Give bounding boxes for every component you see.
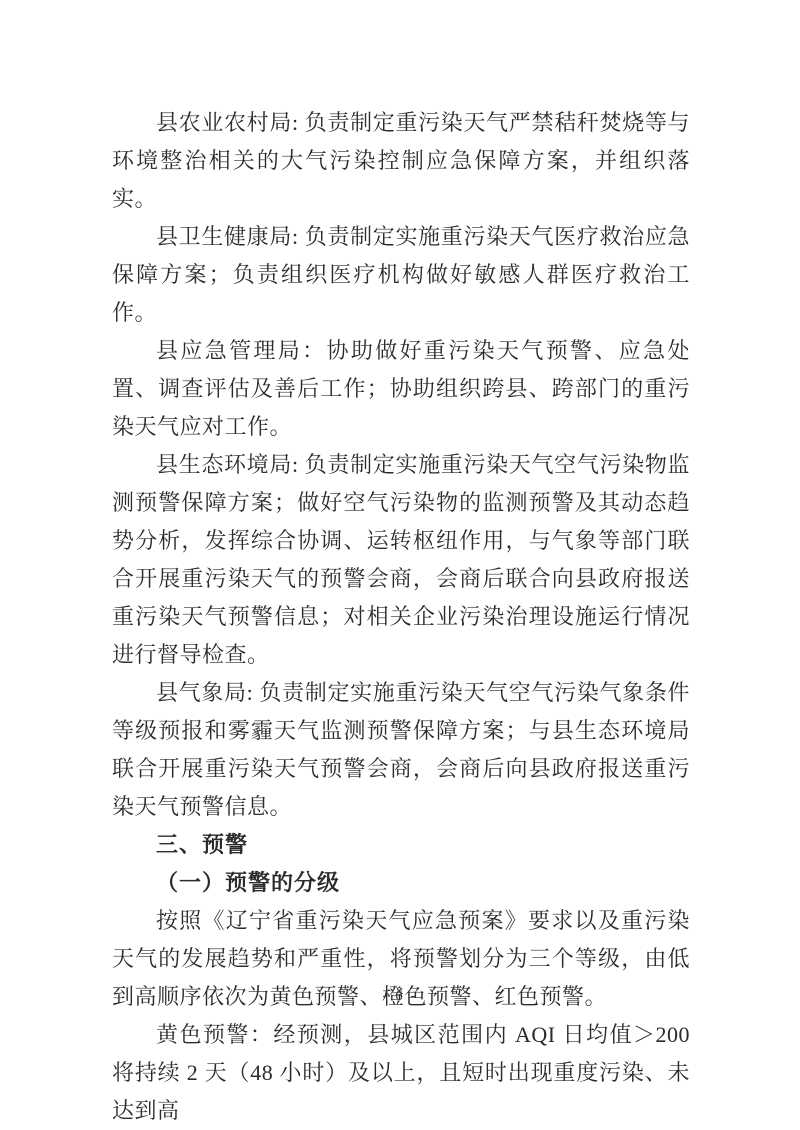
- section-heading-warning: 三、预警: [112, 826, 690, 864]
- paragraph-agriculture-bureau: 县农业农村局: 负责制定重污染天气严禁秸秆焚烧等与环境整治相关的大气污染控制应急…: [112, 104, 690, 218]
- document-page: 县农业农村局: 负责制定重污染天气严禁秸秆焚烧等与环境整治相关的大气污染控制应急…: [0, 0, 800, 1130]
- page-number: - 6 -: [0, 988, 800, 1005]
- paragraph-yellow-warning: 黄色预警：经预测，县城区范围内 AQI 日均值＞200 将持续 2 天（48 小…: [112, 1016, 690, 1130]
- subsection-heading-warning-levels: （一）预警的分级: [112, 864, 690, 902]
- paragraph-health-bureau: 县卫生健康局: 负责制定实施重污染天气医疗救治应急保障方案；负责组织医疗机构做好…: [112, 218, 690, 332]
- paragraph-meteorological-bureau: 县气象局: 负责制定实施重污染天气空气污染气象条件等级预报和雾霾天气监测预警保障…: [112, 674, 690, 826]
- paragraph-ecology-environment-bureau: 县生态环境局: 负责制定实施重污染天气空气污染物监测预警保障方案；做好空气污染物…: [112, 446, 690, 674]
- paragraph-emergency-bureau: 县应急管理局：协助做好重污染天气预警、应急处置、调查评估及善后工作；协助组织跨县…: [112, 332, 690, 446]
- document-body: 县农业农村局: 负责制定重污染天气严禁秸秆焚烧等与环境整治相关的大气污染控制应急…: [112, 104, 690, 1130]
